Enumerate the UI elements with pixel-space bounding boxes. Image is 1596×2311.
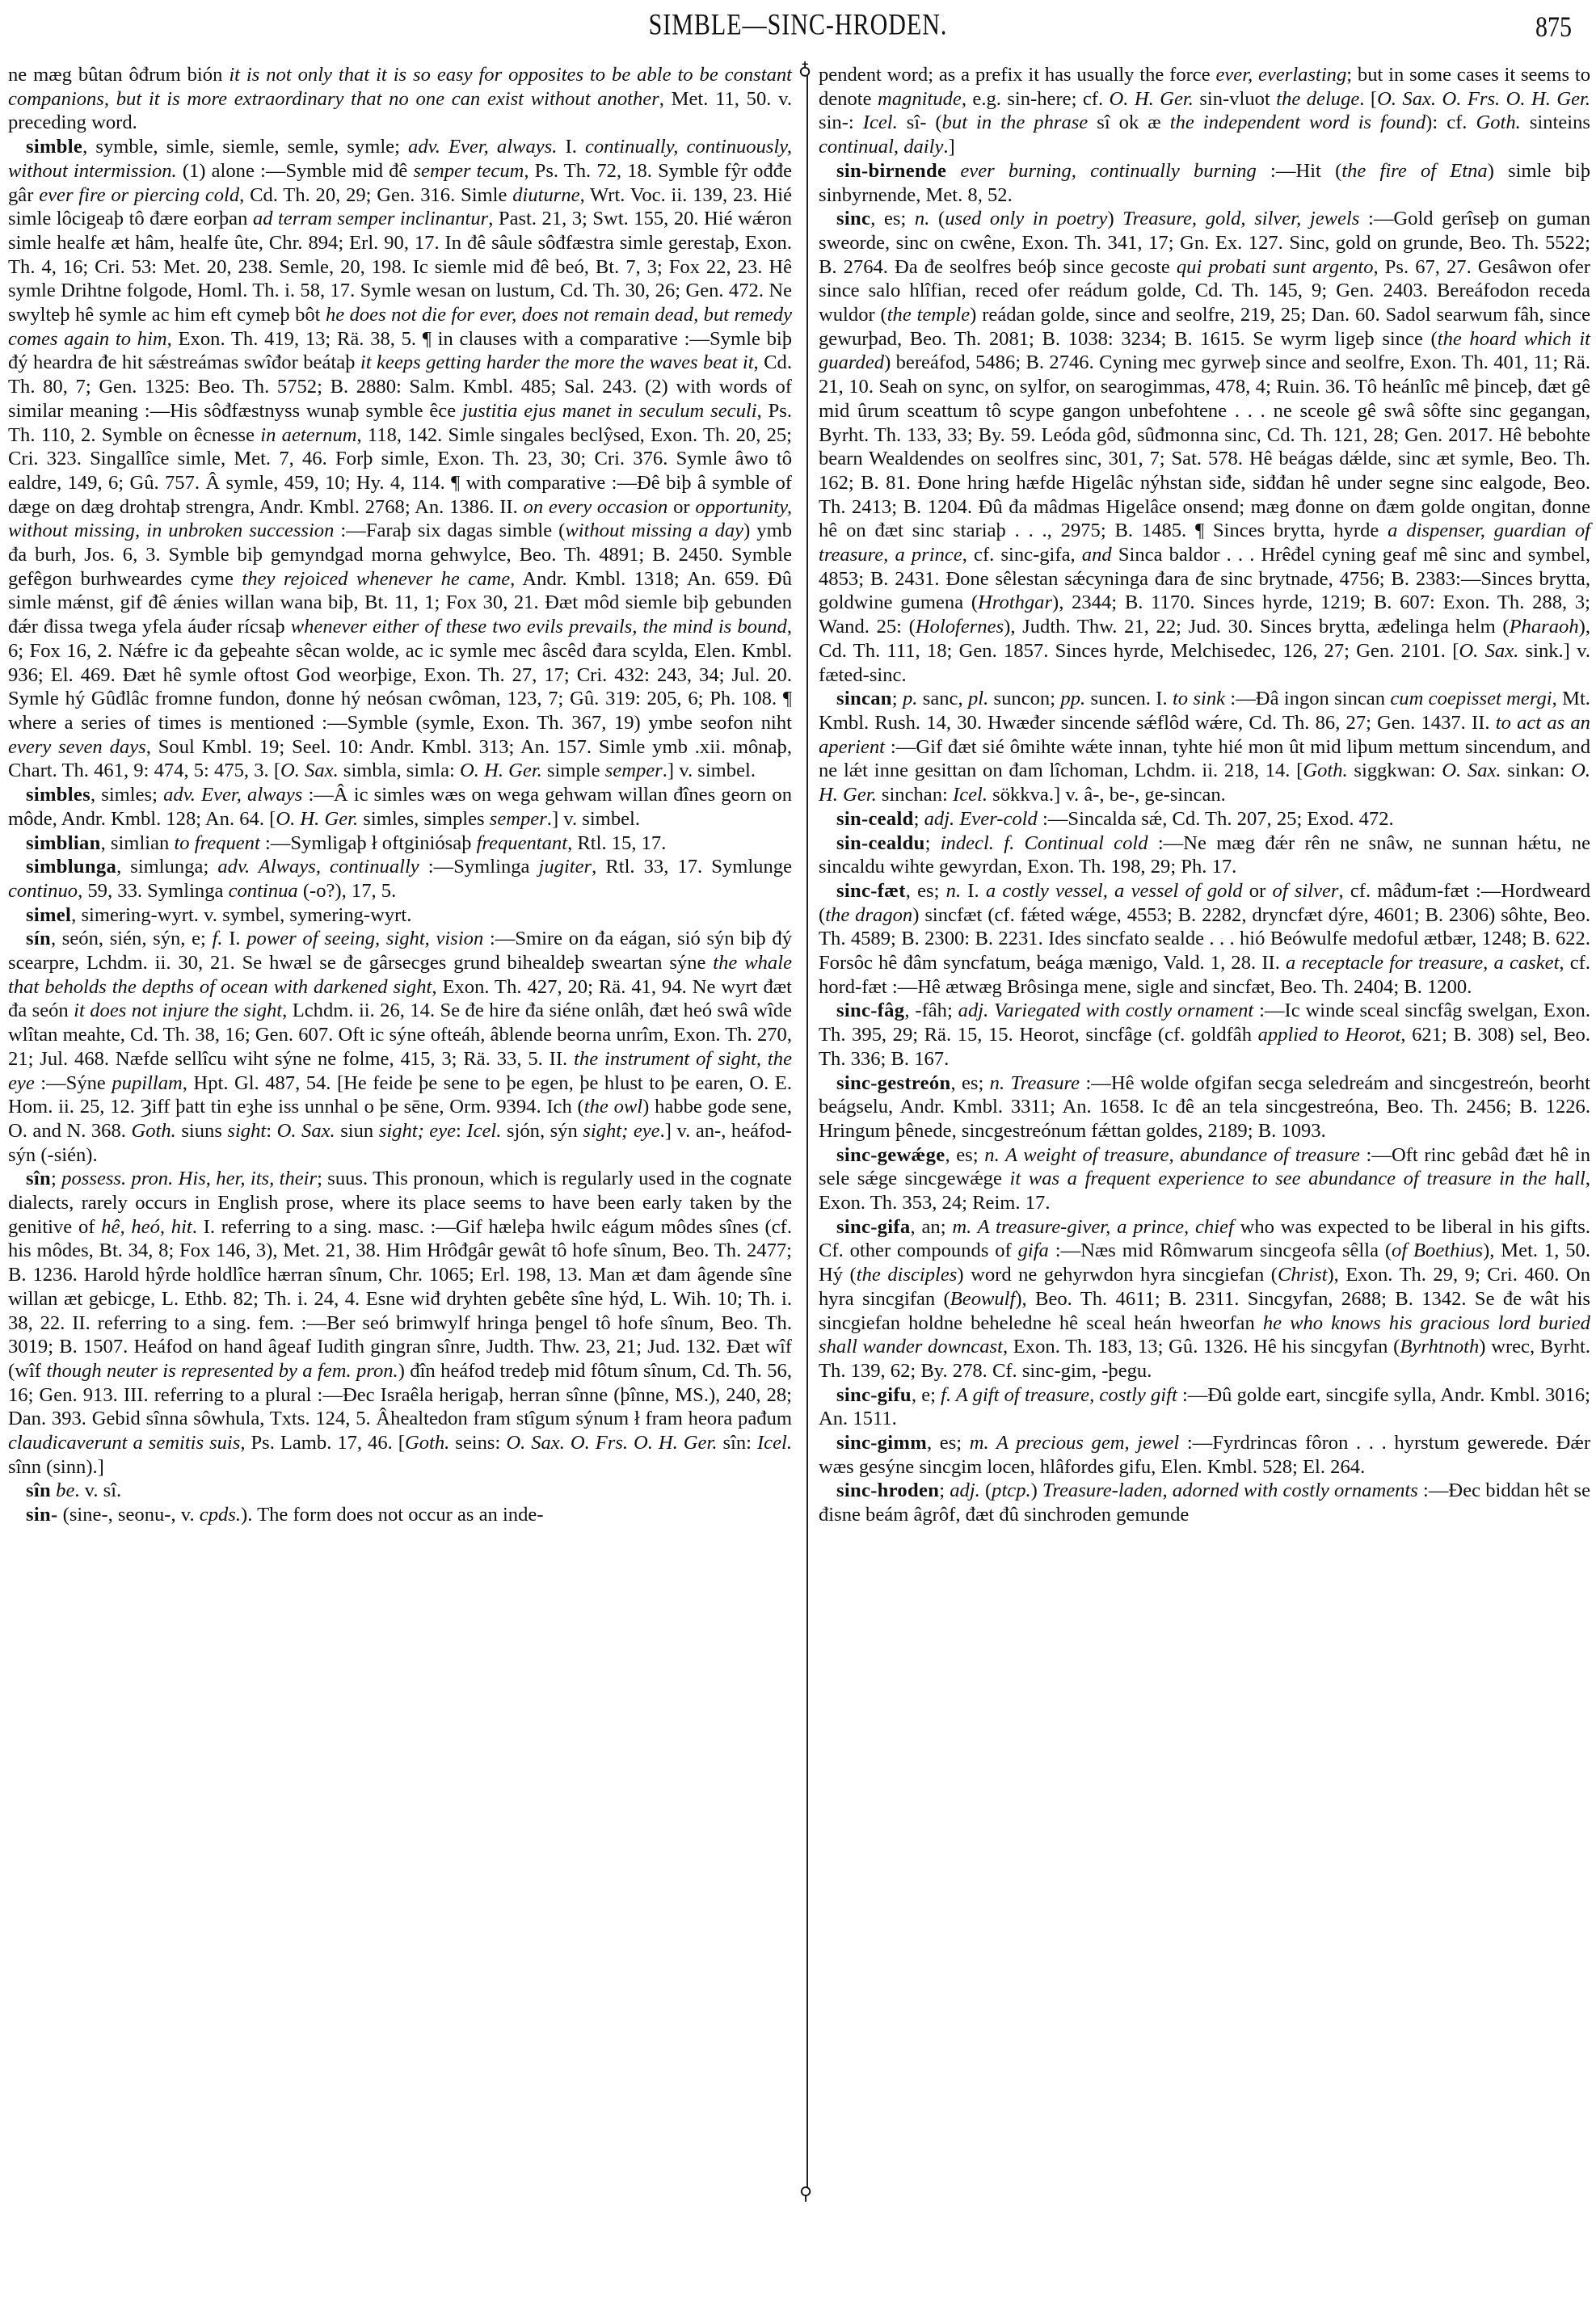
column-rule-top-ornament-icon: ♁ — [798, 60, 811, 78]
italic-gloss: semper tecum — [413, 160, 524, 182]
headword: simblian — [26, 832, 101, 854]
entry-text: pendent word; as a prefix it has usually… — [819, 64, 1215, 86]
italic-gloss: Icel. — [757, 1432, 792, 1454]
right-column: pendent word; as a prefix it has usually… — [819, 63, 1590, 1527]
italic-gloss: O. Sax. — [1442, 760, 1501, 781]
headword: sinc-fâg — [836, 1000, 904, 1021]
italic-gloss: m. A precious gem, jewel — [970, 1432, 1179, 1454]
dictionary-entry: sinc, es; n. (used only in poetry) Treas… — [819, 207, 1590, 687]
italic-gloss: it does not injure the sight — [74, 1000, 282, 1021]
entry-text: siggkwan: — [1348, 760, 1442, 781]
italic-gloss: O. Sax. O. Frs. O. H. Ger. — [506, 1432, 717, 1454]
italic-gloss: sight; eye — [583, 1120, 659, 1142]
italic-gloss: f. A gift of treasure, costly gift — [941, 1384, 1177, 1406]
italic-gloss: to sink — [1173, 688, 1225, 709]
headword: simble — [26, 136, 82, 158]
italic-gloss: pl. — [968, 688, 988, 709]
italic-gloss: claudicaverunt a semitis suis — [8, 1432, 240, 1454]
left-column: ne mæg bûtan ôđrum bión it is not only t… — [8, 63, 792, 1527]
dictionary-entry: sinc-fæt, es; n. I. a costly vessel, a v… — [819, 879, 1590, 1000]
italic-gloss: Pharaoh — [1510, 616, 1579, 638]
italic-gloss: n. A weight of treasure, abundance of tr… — [984, 1144, 1360, 1166]
entry-text: ( — [929, 208, 945, 229]
entry-text: :—Đâ ingon sincan — [1225, 688, 1390, 709]
entry-text: , e; — [912, 1384, 941, 1406]
italic-gloss: the fire of Etna — [1341, 160, 1487, 182]
italic-gloss: they rejoiced whenever he came — [242, 568, 510, 590]
entry-text: :—Faraþ six dagas simble ( — [334, 520, 565, 541]
italic-gloss: a costly vessel, a vessel of gold — [986, 880, 1243, 902]
entry-text: suncen. I. — [1085, 688, 1173, 709]
headword: simel — [26, 904, 71, 926]
entry-text: , es; — [927, 1432, 970, 1454]
entry-text: seins: — [449, 1432, 506, 1454]
entry-text: ; — [914, 808, 924, 830]
italic-gloss: it keeps getting harder the more the wav… — [360, 351, 754, 373]
dictionary-entry: sinc-gewǽge, es; n. A weight of treasure… — [819, 1143, 1590, 1215]
italic-gloss: a receptacle for treasure, a casket — [1286, 952, 1559, 974]
dictionary-entry: sinc-fâg, -fâh; adj. Variegated with cos… — [819, 999, 1590, 1071]
entry-text: sî ok æ — [1088, 112, 1170, 133]
italic-gloss: adj. Ever-cold — [924, 808, 1038, 830]
headword: sin- — [26, 1504, 57, 1526]
entry-text: , 59, 33. Symlinga — [78, 880, 229, 902]
entry-text: :—Sincalda sǽ, Cd. Th. 207, 25; Exod. 47… — [1038, 808, 1394, 830]
italic-gloss: Icel. — [863, 112, 898, 133]
italic-gloss: and — [1082, 544, 1112, 566]
italic-gloss: m. A treasure-giver, a prince, chief — [952, 1216, 1233, 1238]
italic-gloss: cum coepisset mergi — [1390, 688, 1552, 709]
dictionary-entry: sin-cealdu; indecl. f. Continual cold :—… — [819, 831, 1590, 879]
entry-text: , e.g. sin-here; cf. — [962, 88, 1110, 110]
entry-text: :—Sýne — [35, 1072, 112, 1094]
entry-text: ; — [51, 1168, 61, 1189]
italic-gloss: n. — [915, 208, 929, 229]
entry-text: ) — [1107, 208, 1122, 229]
italic-gloss: pp. — [1060, 688, 1085, 709]
italic-gloss: adj. — [950, 1480, 980, 1501]
entry-text: sin-vluot — [1194, 88, 1276, 110]
dictionary-entry: simblian, simlian to frequent :—Symligaþ… — [8, 831, 792, 856]
italic-gloss: Hrothgar — [978, 591, 1052, 613]
italic-gloss: O. H. Ger. — [1110, 88, 1194, 110]
dictionary-entry: simbles, simles; adv. Ever, always :—Â i… — [8, 783, 792, 831]
italic-gloss: the dragon — [825, 904, 912, 926]
entry-text: .] v. simbel. — [663, 760, 756, 781]
entry-text: .] — [943, 136, 954, 158]
dictionary-entry: sîn; possess. pron. His, her, its, their… — [8, 1167, 792, 1479]
italic-gloss: but in the phrase — [942, 112, 1089, 133]
dictionary-entry: sinc-gifa, an; m. A treasure-giver, a pr… — [819, 1215, 1590, 1383]
italic-gloss: the independent word is found — [1170, 112, 1425, 133]
italic-gloss: whenever either of these two evils preva… — [291, 616, 787, 638]
headword: sin-cealdu — [836, 832, 925, 854]
dictionary-entry: sin-ceald; adj. Ever-cold :—Sincalda sǽ,… — [819, 807, 1590, 831]
italic-gloss: ad terram semper inclinantur — [253, 208, 488, 229]
entry-text: I. — [557, 136, 585, 158]
entry-text: sökkva.] v. â-, be-, ge-sincan. — [987, 784, 1226, 806]
entry-continuation: pendent word; as a prefix it has usually… — [819, 63, 1590, 159]
dictionary-entry: sîn be. v. sî. — [8, 1479, 792, 1503]
column-divider — [806, 74, 808, 2187]
page-number: 875 — [1535, 11, 1572, 44]
italic-gloss: hê, heó, hit — [101, 1216, 192, 1238]
italic-gloss: adj. Variegated with costly ornament — [958, 1000, 1254, 1021]
italic-gloss: Treasure-laden, adorned with costly orna… — [1042, 1480, 1418, 1501]
entry-text: ; — [892, 688, 903, 709]
dictionary-entry: sinc-gestreón, es; n. Treasure :—Hê wold… — [819, 1071, 1590, 1143]
italic-gloss: possess. pron. His, her, its, their — [61, 1168, 317, 1189]
entry-text: sîn: — [717, 1432, 757, 1454]
italic-gloss: indecl. f. Continual cold — [941, 832, 1148, 854]
italic-gloss: Goth. — [1303, 760, 1347, 781]
dictionary-entry: simel, simering-wyrt. v. symbel, symerin… — [8, 903, 792, 928]
italic-gloss: adv. Always, continually — [217, 856, 419, 878]
italic-gloss: in aeternum — [260, 424, 356, 446]
italic-gloss: sight; eye — [379, 1120, 456, 1142]
headword: sin-birnende — [836, 160, 946, 182]
entry-text: , simering-wyrt. v. symbel, symering-wyr… — [71, 904, 411, 926]
entry-text: I. — [223, 928, 247, 949]
dictionary-entry: sin-birnende ever burning, continually b… — [819, 159, 1590, 207]
entry-text: suncon; — [988, 688, 1060, 709]
headword: sín — [26, 928, 51, 949]
entry-text: , Rtl. 33, 17. Symlunge — [592, 856, 792, 878]
italic-gloss: be — [56, 1480, 74, 1501]
entry-text: , simlian — [101, 832, 175, 854]
entry-text: , cf. sinc-gifa, — [962, 544, 1082, 566]
italic-gloss: the deluge — [1276, 88, 1359, 110]
entry-text: :—Symligaþ ł oftginiósaþ — [260, 832, 477, 854]
entry-text: ) bereáfod, 5486; B. 2746. Cyning mec gy… — [819, 351, 1590, 541]
dictionary-entry: sincan; p. sanc, pl. suncon; pp. suncen.… — [819, 687, 1590, 807]
entry-text: , an; — [911, 1216, 953, 1238]
entry-text: (sine-, seonu-, v. — [57, 1504, 199, 1526]
italic-gloss: to frequent — [174, 832, 259, 854]
dictionary-entry: sinc-hroden; adj. (ptcp.) Treasure-laden… — [819, 1479, 1590, 1526]
entry-text: , -fâh; — [904, 1000, 958, 1021]
italic-gloss: O. Sax. — [1459, 640, 1518, 662]
italic-gloss: justitia ejus manet in seculum seculi — [462, 400, 757, 422]
entry-text: , seón, sién, sýn, e; — [51, 928, 213, 949]
italic-gloss: O. Sax. — [280, 760, 339, 781]
italic-gloss: continua — [229, 880, 298, 902]
entry-text: .] v. simbel. — [547, 808, 640, 830]
italic-gloss: Icel. — [466, 1120, 501, 1142]
italic-gloss: diuturne — [512, 184, 579, 206]
italic-gloss: ptcp. — [992, 1480, 1031, 1501]
entry-text: simbla, simla: — [339, 760, 460, 781]
italic-gloss: Byrhtnoth — [1400, 1336, 1479, 1358]
entry-text: , Rtl. 15, 17. — [567, 832, 666, 854]
italic-gloss: though neuter is represented by a fem. p… — [46, 1360, 398, 1382]
headword: sinc — [836, 208, 870, 229]
italic-gloss: Goth. — [1476, 112, 1520, 133]
italic-gloss: applied to Heorot — [1258, 1024, 1401, 1046]
italic-gloss: without missing a day — [565, 520, 743, 541]
entry-text: sinteins — [1521, 112, 1590, 133]
italic-gloss: used only in poetry — [945, 208, 1107, 229]
entry-text: , Ps. Lamb. 17, 46. [ — [240, 1432, 405, 1454]
italic-gloss: adv. Ever, always. — [408, 136, 557, 158]
italic-gloss: Christ — [1278, 1264, 1328, 1286]
italic-gloss: O. H. Ger. — [460, 760, 542, 781]
entry-text: simple — [542, 760, 605, 781]
page-title: SIMBLE—SINC-HRODEN. — [0, 8, 1596, 43]
entry-text: :—Hit ( — [1257, 160, 1341, 182]
headword: sinc-gifa — [836, 1216, 911, 1238]
italic-gloss: Goth. — [131, 1120, 175, 1142]
entry-text: sînn (sinn).] — [8, 1456, 104, 1478]
entry-text: :—Næs mid Rômwarum sincgeofa sêlla ( — [1049, 1240, 1392, 1261]
italic-gloss: the owl — [584, 1096, 642, 1118]
italic-gloss: frequentant — [477, 832, 567, 854]
italic-gloss: gifa — [1018, 1240, 1049, 1261]
italic-gloss: Beowulf — [950, 1288, 1016, 1310]
italic-gloss: qui probati sunt argento — [1177, 256, 1374, 278]
italic-gloss: ever burning, continually burning — [960, 160, 1256, 182]
entry-text: ). The form does not occur as an inde- — [241, 1504, 543, 1526]
entry-text: , es; — [870, 208, 915, 229]
entry-text: ; — [939, 1480, 950, 1501]
italic-gloss: semper — [605, 760, 663, 781]
running-head: SIMBLE—SINC-HRODEN. 875 — [0, 6, 1596, 39]
entry-text: : — [456, 1120, 466, 1142]
italic-gloss: semper — [490, 808, 547, 830]
dictionary-entry: sinc-gifu, e; f. A gift of treasure, cos… — [819, 1383, 1590, 1431]
italic-gloss: continual, daily — [819, 136, 943, 158]
headword: sinc-gewǽge — [836, 1144, 945, 1166]
headword: sîn — [26, 1480, 51, 1501]
entry-text: ) word ne gehyrwdon hyra sincgiefan ( — [957, 1264, 1278, 1286]
italic-gloss: power of seeing, sight, vision — [246, 928, 483, 949]
italic-gloss: the temple — [887, 304, 970, 326]
entry-text: . [ — [1359, 88, 1377, 110]
entry-text: , simlunga; — [116, 856, 217, 878]
italic-gloss: sight — [227, 1120, 266, 1142]
entry-text: : — [266, 1120, 276, 1142]
italic-gloss: of Boethius — [1392, 1240, 1483, 1261]
italic-gloss: on every occasion — [524, 496, 668, 518]
entry-text: ne mæg bûtan ôđrum bión — [8, 64, 229, 86]
entry-text: sanc, — [917, 688, 968, 709]
entry-text: :—Symlinga — [419, 856, 539, 878]
italic-gloss: p. — [903, 688, 917, 709]
italic-gloss: Goth. — [405, 1432, 449, 1454]
headword: sinc-gestreón — [836, 1072, 950, 1094]
dictionary-entry: simblunga, simlunga; adv. Always, contin… — [8, 855, 792, 903]
entry-text: , Exon. Th. 183, 13; Gû. 1326. Hê his si… — [1003, 1336, 1400, 1358]
italic-gloss: O. Sax. — [277, 1120, 335, 1142]
entry-text: siuns — [176, 1120, 228, 1142]
italic-gloss: f. — [213, 928, 223, 949]
headword: sin-ceald — [836, 808, 914, 830]
entry-text: , es; — [906, 880, 946, 902]
headword: sinc-hroden — [836, 1480, 939, 1501]
entry-text: sin-: — [819, 112, 863, 133]
dictionary-entry: sin- (sine-, seonu-, v. cpds.). The form… — [8, 1503, 792, 1527]
entry-text: or — [1243, 880, 1273, 902]
entry-text: sinkan: — [1501, 760, 1572, 781]
italic-gloss: pupillam — [112, 1072, 182, 1094]
entry-text: , simles; — [91, 784, 163, 806]
entry-continuation: ne mæg bûtan ôđrum bión it is not only t… — [8, 63, 792, 135]
italic-gloss: adv. Ever, always — [163, 784, 302, 806]
entry-text: ), Judth. Thw. 21, 22; Jud. 30. Sinces b… — [1004, 616, 1509, 638]
headword: sinc-fæt — [836, 880, 906, 902]
dictionary-entry: sín, seón, sién, sýn, e; f. I. power of … — [8, 927, 792, 1167]
italic-gloss: cpds. — [200, 1504, 241, 1526]
dictionary-entry: simble, symble, simle, siemle, semle, sy… — [8, 135, 792, 783]
entry-text: , Cd. Th. 20, 29; Gen. 316. Simle — [239, 184, 512, 206]
entry-text: ( — [980, 1480, 992, 1501]
italic-gloss: n. Treasure — [990, 1072, 1080, 1094]
italic-gloss: every seven days — [8, 736, 146, 758]
entry-text: or — [667, 496, 695, 518]
italic-gloss: ever fire or piercing cold — [39, 184, 239, 206]
entry-text: , symble, simle, siemle, semle, symle; — [82, 136, 408, 158]
entry-text: sjón, sýn — [501, 1120, 583, 1142]
italic-gloss: ever, everlasting — [1215, 64, 1346, 86]
italic-gloss: it was a frequent experience to see abun… — [1010, 1168, 1585, 1189]
column-rule-bottom-ornament-icon: ⚲ — [799, 2185, 812, 2203]
entry-text: siun — [335, 1120, 379, 1142]
headword: sîn — [26, 1168, 51, 1189]
italic-gloss: Holofernes — [916, 616, 1004, 638]
italic-gloss: continuo — [8, 880, 78, 902]
entry-text: sinchan: — [877, 784, 953, 806]
headword: simblunga — [26, 856, 116, 878]
italic-gloss: O. H. Ger. — [276, 808, 358, 830]
headword: sinc-gifu — [836, 1384, 912, 1406]
italic-gloss: jugiter — [539, 856, 592, 878]
entry-text: I. — [961, 880, 986, 902]
italic-gloss: n. — [946, 880, 961, 902]
italic-gloss: the disciples — [857, 1264, 958, 1286]
entry-text: ): cf. — [1425, 112, 1476, 133]
entry-text: . v. sî. — [74, 1480, 121, 1501]
italic-gloss: of silver — [1273, 880, 1339, 902]
entry-text: ; — [925, 832, 941, 854]
italic-gloss: Icel. — [953, 784, 987, 806]
entry-text: . I. referring to a sing. masc. :—Gif hæ… — [8, 1216, 792, 1382]
entry-text: simles, simples — [358, 808, 490, 830]
italic-gloss: O. Sax. O. Frs. O. H. Ger. — [1377, 88, 1590, 110]
entry-text: ) — [1031, 1480, 1042, 1501]
entry-text: , es; — [950, 1072, 989, 1094]
entry-text — [946, 160, 960, 182]
entry-text: (1) alone :—Symble mid đê — [177, 160, 414, 182]
dictionary-entry: sinc-gimm, es; m. A precious gem, jewel … — [819, 1431, 1590, 1479]
entry-text: , es; — [945, 1144, 984, 1166]
italic-gloss: Treasure, gold, silver, jewels — [1122, 208, 1359, 229]
entry-text: (-o?), 17, 5. — [298, 880, 397, 902]
entry-text: sî- ( — [898, 112, 942, 133]
italic-gloss: magnitude — [878, 88, 962, 110]
headword: sincan — [836, 688, 892, 709]
headword: simbles — [26, 784, 91, 806]
headword: sinc-gimm — [836, 1432, 927, 1454]
